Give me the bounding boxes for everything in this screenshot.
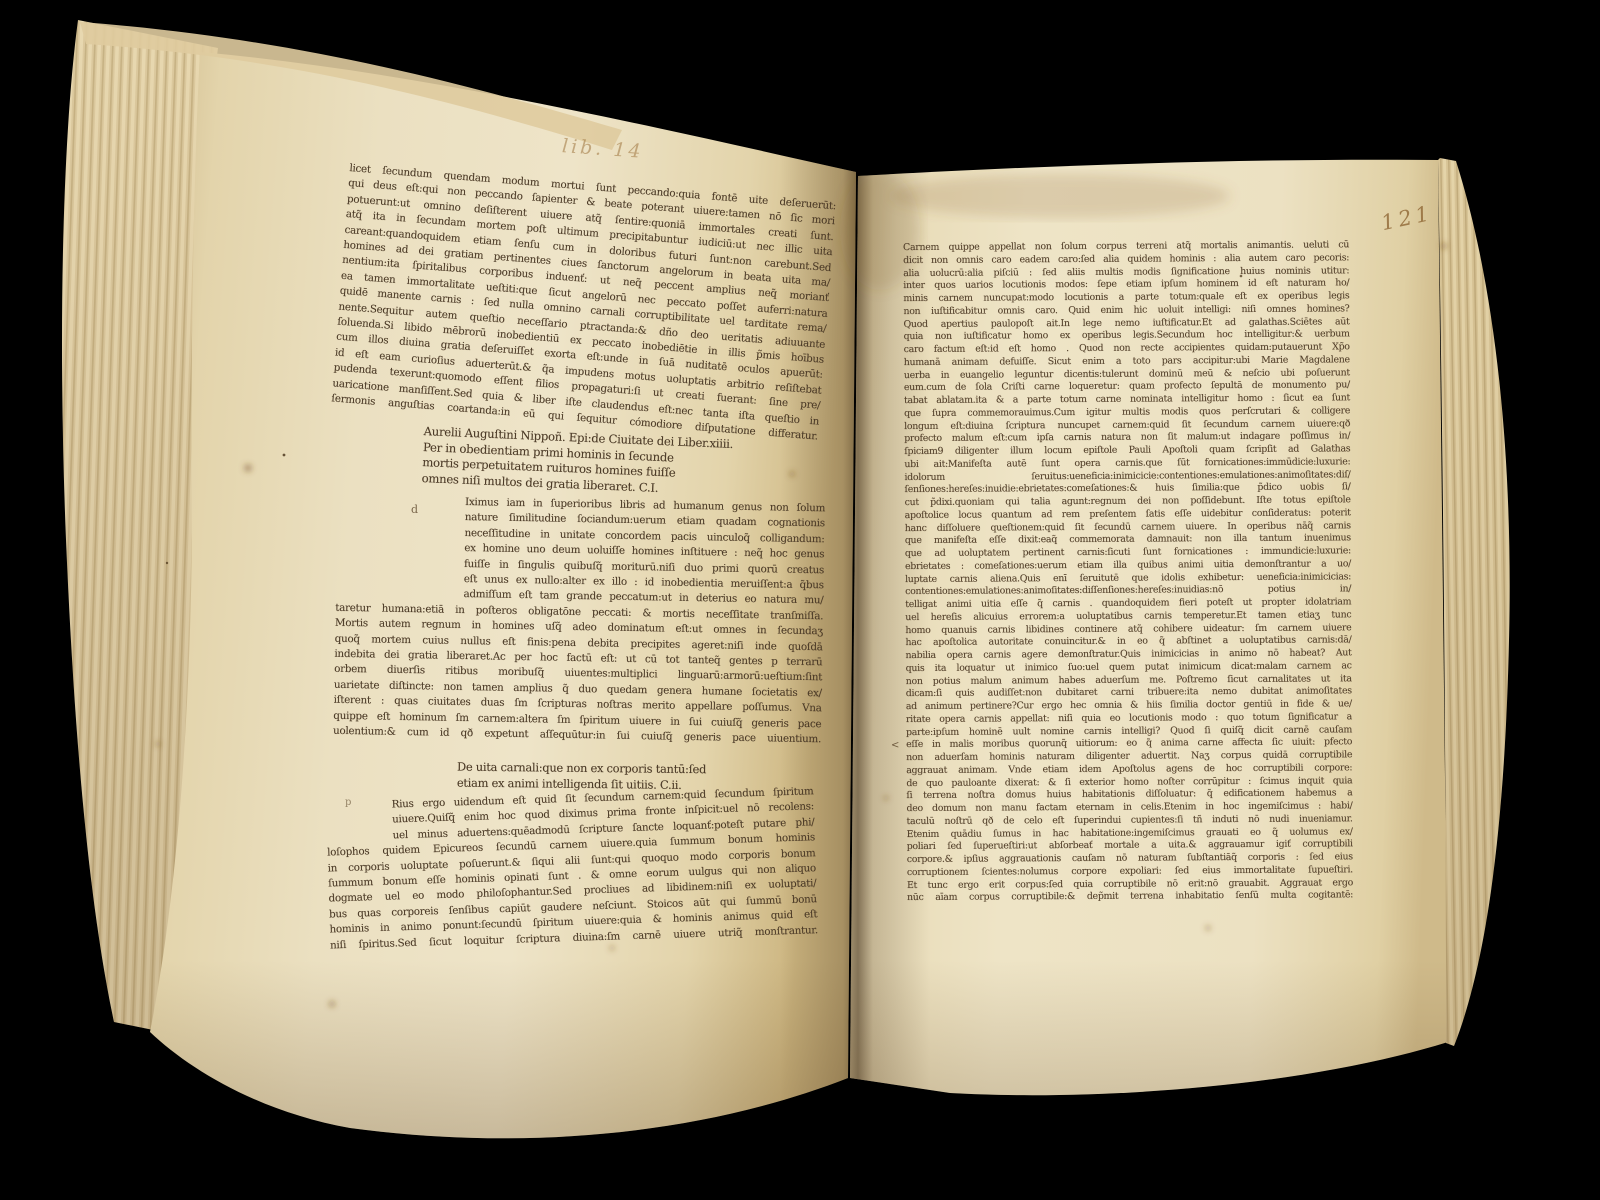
chapter-2-text: Rius ergo uidendum eſt quid ſit ſecundum… [325, 784, 818, 953]
left-page-text: licet ſecundum quendam modum mortui ſunt… [320, 161, 838, 972]
top-stain [890, 174, 1230, 218]
right-stack-shading [1438, 158, 1510, 1046]
chapter-1-text: Iximus iam in ſuperioribus libris ad hum… [333, 493, 825, 748]
text-line: nūc aīam corpus corruptibile:& dep̃mit t… [907, 890, 1353, 905]
chapter-1-indented-lines: Iximus iam in ſuperioribus libris ad hum… [463, 495, 825, 609]
guide-letter-p: p [345, 797, 351, 808]
left-paragraph-book13-end: licet ſecundum quendam modum mortui ſunt… [331, 161, 837, 445]
margin-arrow-mark: < [891, 740, 899, 751]
chapter-1-full-lines: taretur humana:etiā in poſteros obligatō… [333, 600, 823, 747]
chapter-2-full-lines: loſophos quidem Epicureos ſecundū carnem… [327, 830, 818, 953]
guide-letter-d: d [411, 503, 418, 516]
incunabulum-photo: licet ſecundum quendam modum mortui ſunt… [0, 0, 1600, 1200]
right-page-text: Carnem quippe appellat non ſolum corpus … [903, 239, 1353, 905]
bottom-shading [100, 960, 1500, 1160]
